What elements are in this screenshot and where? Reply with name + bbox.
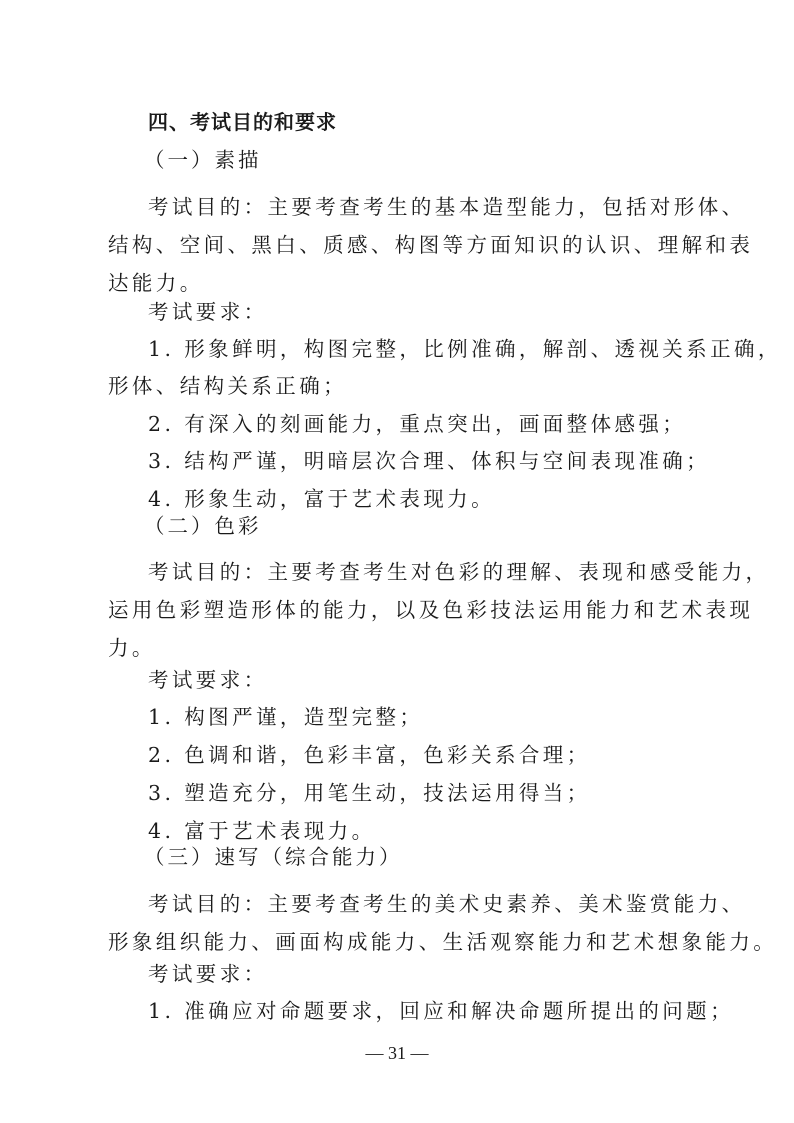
purpose-line: 形象组织能力、画面构成能力、生活观察能力和艺术想象能力。: [108, 928, 777, 956]
requirement-line: 4. 形象生动，富于艺术表现力。: [148, 485, 495, 513]
section-title: 四、考试目的和要求: [148, 108, 337, 136]
requirements-label: 考试要求：: [148, 960, 268, 988]
subsection-heading-color: （二）色彩: [144, 512, 262, 540]
purpose-line: 考试目的：主要考查考生对色彩的理解、表现和感受能力，: [148, 558, 769, 586]
requirement-line: 3. 结构严谨，明暗层次合理、体积与空间表现准确；: [148, 447, 710, 475]
purpose-line: 运用色彩塑造形体的能力，以及色彩技法运用能力和艺术表现: [108, 596, 753, 624]
purpose-line: 达能力。: [108, 269, 204, 297]
requirements-label: 考试要求：: [148, 298, 268, 326]
page-number: — 31 —: [0, 1043, 794, 1064]
subsection-heading-quick-sketch: （三）速写（综合能力）: [144, 843, 403, 871]
requirement-line: 2. 色调和谐，色彩丰富，色彩关系合理；: [148, 741, 591, 769]
requirements-label: 考试要求：: [148, 666, 268, 694]
requirement-line: 3. 塑造充分，用笔生动，技法运用得当；: [148, 779, 591, 807]
requirement-line: 1. 准确应对命题要求，回应和解决命题所提出的问题；: [148, 997, 734, 1025]
purpose-line: 力。: [108, 634, 156, 662]
requirement-line: 4. 富于艺术表现力。: [148, 817, 375, 845]
requirement-line: 1. 构图严谨，造型完整；: [148, 703, 423, 731]
purpose-line: 结构、空间、黑白、质感、构图等方面知识的认识、理解和表: [108, 231, 753, 259]
requirement-line: 1. 形象鲜明，构图完整，比例准确，解剖、透视关系正确，: [148, 335, 782, 363]
purpose-line: 考试目的：主要考查考生的基本造型能力，包括对形体、: [148, 193, 746, 221]
purpose-line: 考试目的：主要考查考生的美术史素养、美术鉴赏能力、: [148, 890, 746, 918]
requirement-line: 2. 有深入的刻画能力，重点突出，画面整体感强；: [148, 410, 686, 438]
subsection-heading-sketch: （一）素描: [144, 146, 262, 174]
requirement-line: 形体、结构关系正确；: [108, 372, 347, 400]
